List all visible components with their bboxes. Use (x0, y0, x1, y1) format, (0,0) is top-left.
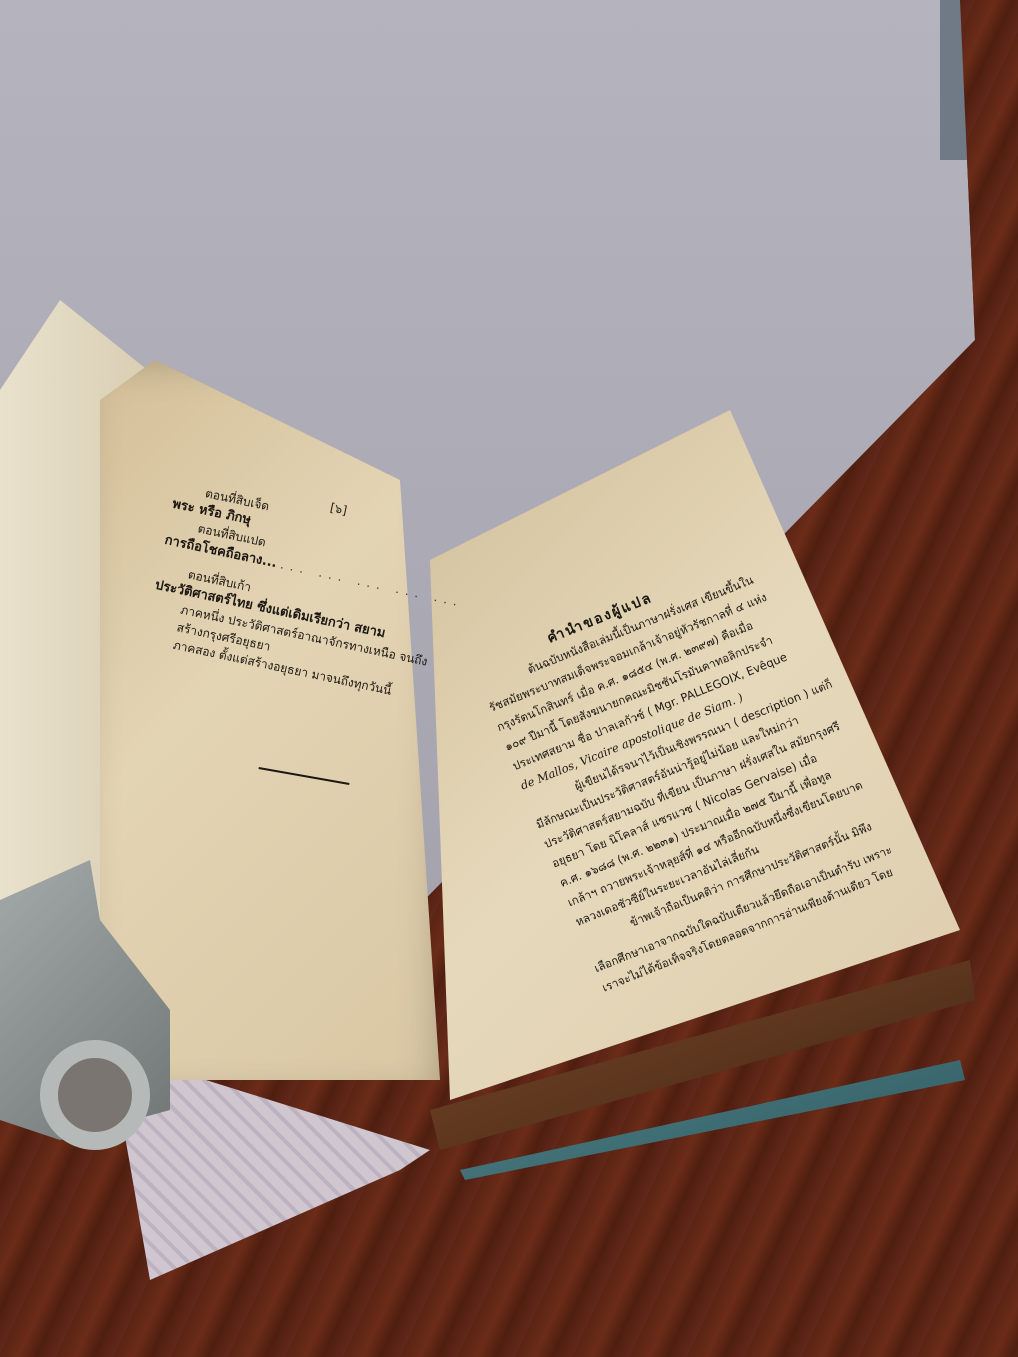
metal-clip-ring (40, 1040, 150, 1150)
